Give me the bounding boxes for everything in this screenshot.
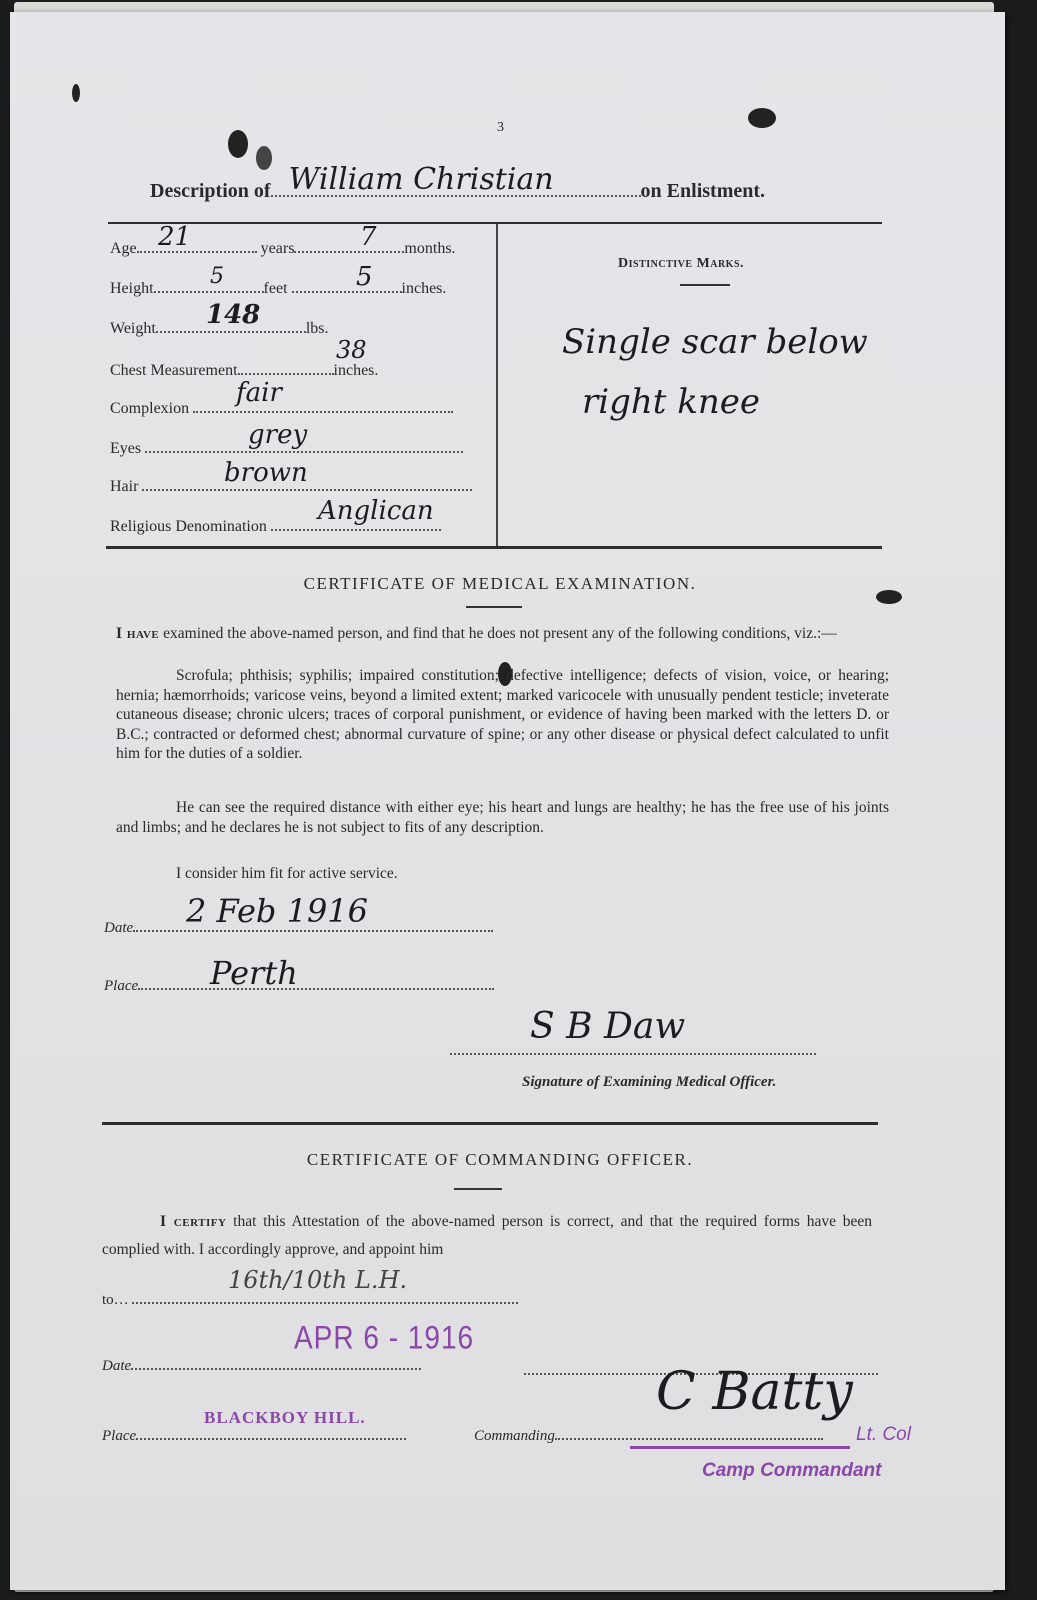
medical-date-value: 2 Feb 1916 <box>186 892 368 930</box>
medical-place-row: Place <box>104 978 494 995</box>
commanding-row: Commanding <box>474 1428 823 1445</box>
age-years-value: 21 <box>158 222 191 252</box>
section-rule <box>102 1122 878 1125</box>
place-stamp: BLACKBOY HILL. <box>204 1408 366 1428</box>
medical-fit-statement: I consider him fit for active service. <box>116 864 889 884</box>
age-months-value: 7 <box>360 222 377 252</box>
page-number: 3 <box>497 120 504 136</box>
short-rule <box>454 1188 502 1190</box>
medical-signature: S B Daw <box>530 1006 685 1047</box>
column-divider <box>496 224 498 546</box>
height-row: Heightfeet inches. <box>110 280 446 298</box>
commanding-statement: I certify that this Attestation of the a… <box>102 1208 872 1264</box>
ink-blot <box>256 146 272 170</box>
complexion-value: fair <box>236 378 282 408</box>
rank-stamp: Lt. Col <box>856 1424 911 1446</box>
stamp-underline <box>630 1446 850 1449</box>
name-field: William Christian <box>271 195 641 197</box>
description-suffix: on Enlistment. <box>641 180 765 202</box>
religion-value: Anglican <box>318 496 434 526</box>
medical-heading: CERTIFICATE OF MEDICAL EXAMINATION. <box>110 574 890 594</box>
weight-value: 148 <box>206 300 260 330</box>
short-rule <box>680 284 730 286</box>
recruit-name: William Christian <box>289 162 554 197</box>
section-rule <box>106 546 882 549</box>
chest-value: 38 <box>336 336 367 364</box>
top-rule <box>108 222 882 224</box>
height-feet-value: 5 <box>210 264 224 289</box>
distinctive-marks-value: Single scar below right knee <box>562 312 962 432</box>
attestation-page: 3 Description ofWilliam Christianon Enli… <box>10 12 1005 1590</box>
height-inches-value: 5 <box>356 262 373 292</box>
medical-conditions: Scrofula; phthisis; syphilis; impaired c… <box>116 666 889 764</box>
appoint-to-value: 16th/10th L.H. <box>228 1266 407 1294</box>
commanding-place-row: Place <box>102 1428 406 1445</box>
commanding-heading: CERTIFICATE OF COMMANDING OFFICER. <box>110 1150 890 1170</box>
medical-place-value: Perth <box>210 954 298 992</box>
ink-blot <box>228 130 248 158</box>
distinctive-marks-heading: Distinctive Marks. <box>618 256 744 272</box>
title-stamp: Camp Commandant <box>702 1460 881 1482</box>
hair-value: brown <box>224 458 308 488</box>
appoint-to-row: to… <box>102 1292 518 1309</box>
description-prefix: Description of <box>150 180 271 202</box>
description-title: Description ofWilliam Christianon Enlist… <box>150 180 910 203</box>
ink-blot <box>748 108 776 128</box>
ink-blot <box>72 84 80 102</box>
medical-intro: I have examined the above-named person, … <box>116 624 889 644</box>
medical-signature-label: Signature of Examining Medical Officer. <box>522 1074 776 1091</box>
short-rule <box>466 606 522 608</box>
commanding-signature: C Batty <box>656 1362 853 1422</box>
medical-health-statement: He can see the required distance with ei… <box>116 798 889 837</box>
date-stamp: APR 6 - 1916 <box>294 1320 474 1357</box>
eyes-value: grey <box>248 420 307 450</box>
commanding-date-row: Date <box>102 1358 421 1375</box>
